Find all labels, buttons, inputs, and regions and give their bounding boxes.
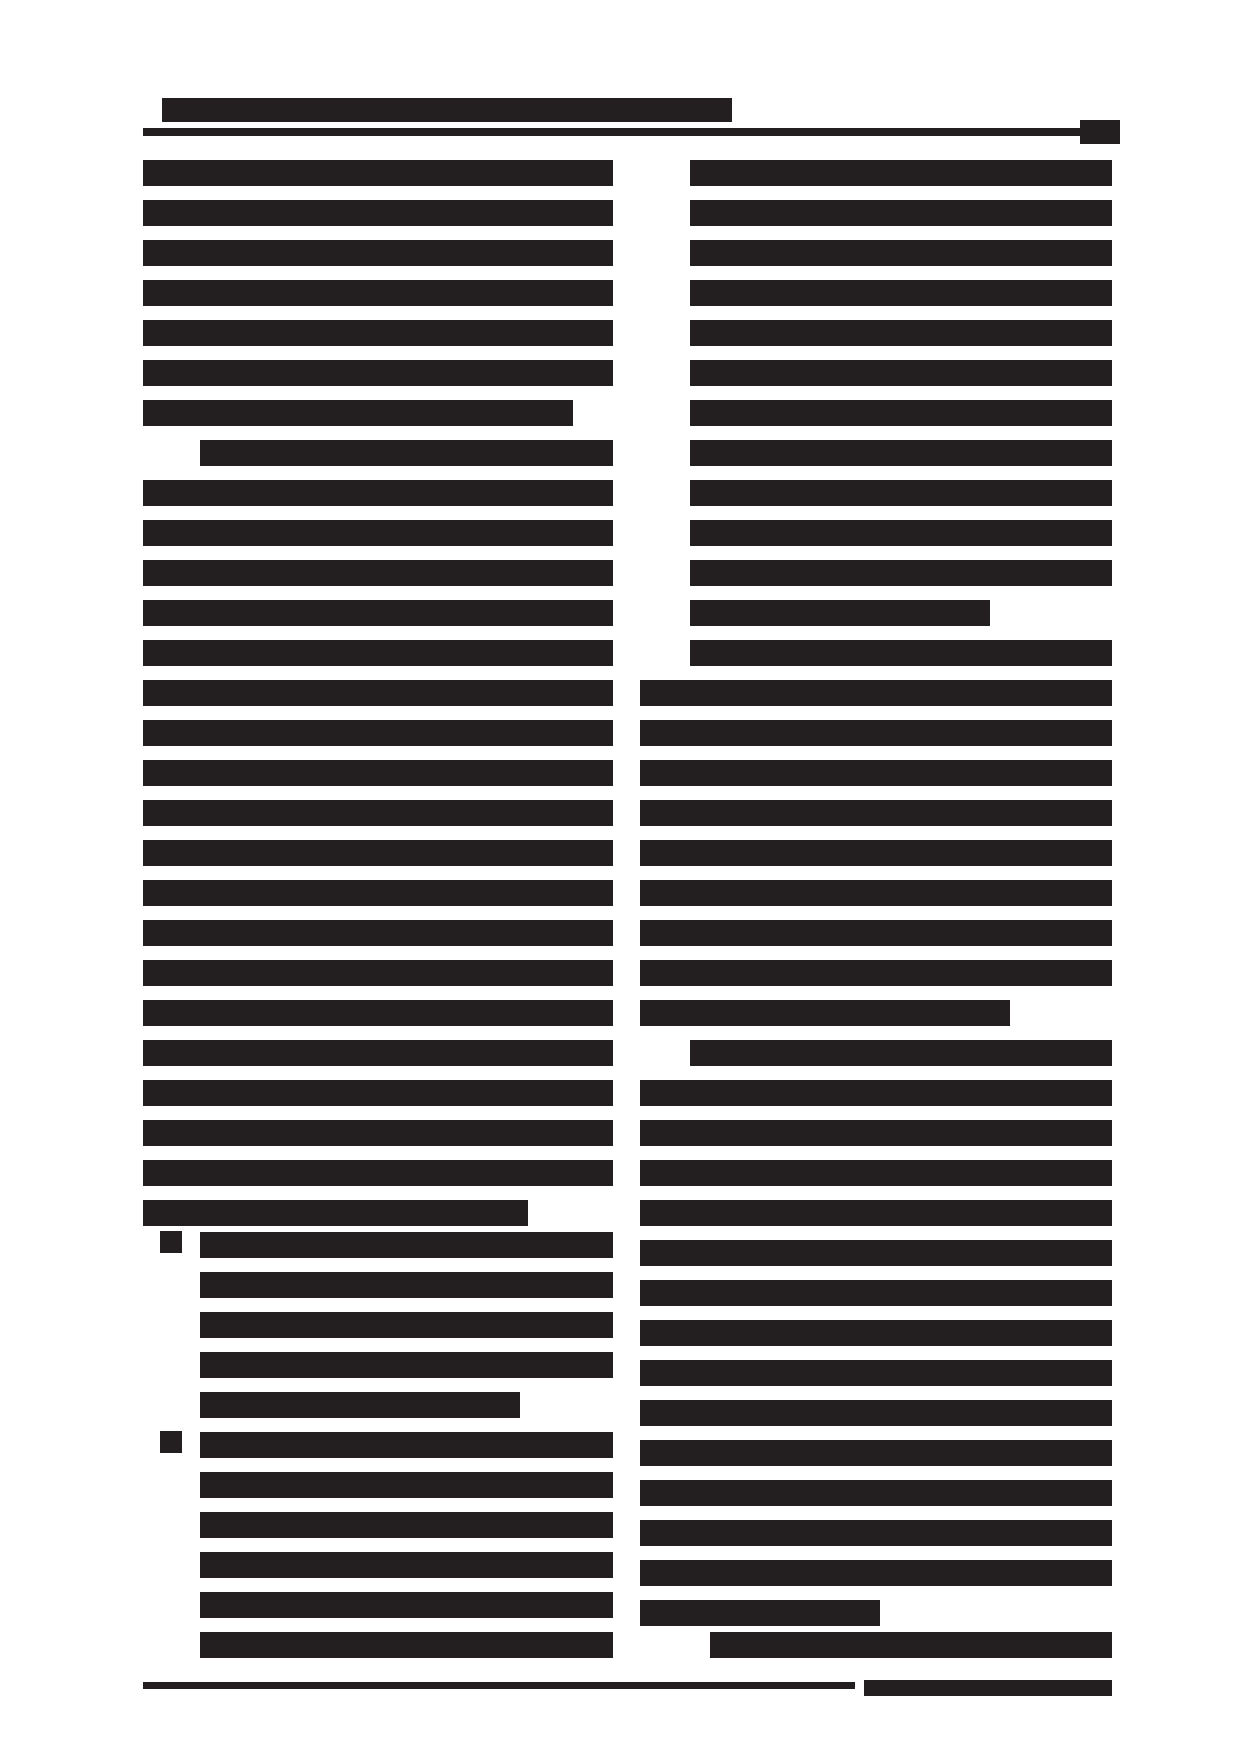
text-line (690, 560, 1112, 586)
text-line (143, 640, 613, 666)
text-line (640, 1600, 880, 1626)
text-line (143, 800, 613, 826)
list-item-line (200, 1432, 613, 1458)
footer-label: [illegible] (864, 1680, 1112, 1696)
text-line (690, 400, 1112, 426)
text-line (143, 840, 613, 866)
text-line (143, 560, 613, 586)
page-number: [illegible] (1080, 120, 1120, 144)
text-line (143, 960, 613, 986)
text-line (690, 240, 1112, 266)
text-line (143, 600, 613, 626)
text-line (640, 1400, 1112, 1426)
text-line (690, 280, 1112, 306)
text-line (690, 320, 1112, 346)
text-line (640, 1480, 1112, 1506)
text-line (143, 1120, 613, 1146)
text-line (143, 920, 613, 946)
text-line (640, 720, 1112, 746)
text-line (690, 480, 1112, 506)
text-line (640, 1080, 1112, 1106)
list-marker (160, 1431, 182, 1453)
text-line (640, 1200, 1112, 1226)
text-line (143, 200, 613, 226)
text-line (143, 880, 613, 906)
text-line (640, 1320, 1112, 1346)
text-line (690, 360, 1112, 386)
text-line (143, 160, 613, 186)
text-line (690, 1040, 1112, 1066)
text-line (143, 1040, 613, 1066)
text-line (143, 360, 613, 386)
text-line (143, 400, 573, 426)
text-line (690, 640, 1112, 666)
list-item-line (200, 1632, 613, 1658)
text-line (640, 800, 1112, 826)
text-line (640, 1560, 1112, 1586)
text-line (640, 1000, 1010, 1026)
text-line (640, 1160, 1112, 1186)
text-line (143, 760, 613, 786)
text-line (143, 480, 613, 506)
text-line (143, 680, 613, 706)
text-line (640, 1120, 1112, 1146)
text-line (690, 440, 1112, 466)
text-line (640, 960, 1112, 986)
text-line (143, 1200, 528, 1226)
list-marker (160, 1231, 182, 1253)
list-item-line (200, 1392, 520, 1418)
text-line (143, 1160, 613, 1186)
text-line (640, 1360, 1112, 1386)
text-line (640, 840, 1112, 866)
text-line (690, 160, 1112, 186)
list-item-line (200, 1272, 613, 1298)
text-line (640, 1280, 1112, 1306)
text-line (143, 720, 613, 746)
list-item-line (200, 1232, 613, 1258)
text-line (640, 680, 1112, 706)
text-line (143, 520, 613, 546)
header-rule (143, 128, 1088, 136)
text-line (640, 1440, 1112, 1466)
text-line (640, 880, 1112, 906)
text-line (143, 1080, 613, 1106)
text-line (640, 1240, 1112, 1266)
text-line (143, 280, 613, 306)
text-line (143, 1000, 613, 1026)
list-item-line (200, 1352, 613, 1378)
text-line (690, 200, 1112, 226)
text-line (710, 1632, 1112, 1658)
text-line (640, 920, 1112, 946)
text-line (690, 520, 1112, 546)
list-item-line (200, 1592, 613, 1618)
text-line (200, 440, 613, 466)
text-line (640, 1520, 1112, 1546)
text-line (640, 760, 1112, 786)
text-line (690, 600, 990, 626)
list-item-line (200, 1552, 613, 1578)
list-item-line (200, 1512, 613, 1538)
text-line (143, 320, 613, 346)
footer-rule (143, 1682, 855, 1689)
running-header: [illegible] (162, 98, 732, 122)
list-item-line (200, 1472, 613, 1498)
list-item-line (200, 1312, 613, 1338)
text-line (143, 240, 613, 266)
